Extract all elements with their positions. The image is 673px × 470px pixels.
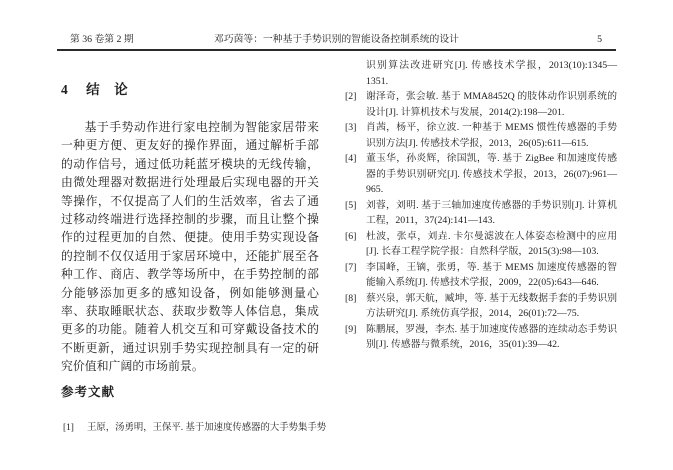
- reference-label: [4]: [345, 151, 356, 167]
- reference-label: [5]: [345, 198, 356, 214]
- references-heading: 参考文献: [61, 385, 319, 399]
- header-rule: [57, 49, 616, 51]
- reference-label: [6]: [345, 229, 356, 245]
- reference-item-3: [3] 肖茜，杨平，徐立波. 一种基于 MEMS 惯性传感器的手势识别方法[J]…: [345, 120, 617, 151]
- reference-text: 陈鹏展，罗漫，李杰. 基于加速度传感器的连续动态手势识别[J]. 传感器与微系统…: [366, 324, 617, 351]
- reference-label: [7]: [345, 260, 356, 276]
- reference-text: 蔡兴泉，郭天航，臧坤，等. 基于无线数据手套的手势识别方法研究[J]. 系统仿真…: [366, 293, 617, 320]
- reference-1-continuation: 识别算法改进研究[J]. 传感技术学报，2013(10):1345—1351.: [345, 58, 617, 89]
- reference-text: 李国峰，王镝，张勇，等. 基于 MEMS 加速度传感器的智能输入系统[J]. 传…: [366, 262, 617, 289]
- reference-item-1: [1] 王原，汤勇明，王保平. 基于加速度传感器的大手势集手势: [61, 422, 319, 435]
- paper-page: 第 36 卷第 2 期 邓巧茵等：一种基于手势识别的智能设备控制系统的设计 5 …: [0, 0, 673, 470]
- reference-item-8: [8] 蔡兴泉，郭天航，臧坤，等. 基于无线数据手套的手势识别方法研究[J]. …: [345, 291, 617, 322]
- reference-item-2: [2] 谢泽奇，张会敏. 基于 MMA8452Q 的肢体动作识别系统的设计[J]…: [345, 89, 617, 120]
- reference-label: [3]: [345, 120, 356, 136]
- reference-label: [8]: [345, 291, 356, 307]
- reference-label: [9]: [345, 322, 356, 338]
- reference-text: 王原，汤勇明，王保平. 基于加速度传感器的大手势集手势: [87, 423, 326, 433]
- reference-item-7: [7] 李国峰，王镝，张勇，等. 基于 MEMS 加速度传感器的智能输入系统[J…: [345, 260, 617, 291]
- conclusion-paragraph: 基于手势动作进行家电控制为智能家居带来一种更方便、更友好的操作界面，通过解析手部…: [61, 118, 319, 376]
- reference-label: [1]: [63, 422, 74, 435]
- reference-text: 肖茜，杨平，徐立波. 一种基于 MEMS 惯性传感器的手势识别方法[J]. 传感…: [366, 122, 617, 149]
- reference-label: [2]: [345, 89, 356, 105]
- reference-text: 谢泽奇，张会敏. 基于 MMA8452Q 的肢体动作识别系统的设计[J]. 计算…: [366, 91, 617, 118]
- reference-text: 刘蓉，刘明. 基于三轴加速度传感器的手势识别[J]. 计算机工程，2011，37…: [366, 200, 617, 227]
- section-number: 4: [61, 82, 68, 97]
- page-number: 5: [597, 32, 602, 47]
- reference-text: 杜波，张卓，刘垚. 卡尔曼滤波在人体姿态检测中的应用[J]. 长春工程学院学报：…: [366, 231, 617, 258]
- running-header: 第 36 卷第 2 期 邓巧茵等：一种基于手势识别的智能设备控制系统的设计 5: [57, 32, 616, 47]
- reference-item-6: [6] 杜波，张卓，刘垚. 卡尔曼滤波在人体姿态检测中的应用[J]. 长春工程学…: [345, 229, 617, 260]
- section-heading: 4 结 论: [61, 82, 319, 98]
- reference-item-4: [4] 董玉华，孙炎辉，徐国凯，等. 基于 ZigBee 和加速度传感器的手势识…: [345, 151, 617, 198]
- reference-text: 董玉华，孙炎辉，徐国凯，等. 基于 ZigBee 和加速度传感器的手势识别研究[…: [366, 153, 617, 195]
- left-column: 4 结 论 基于手势动作进行家电控制为智能家居带来一种更方便、更友好的操作界面，…: [61, 82, 319, 435]
- reference-item-5: [5] 刘蓉，刘明. 基于三轴加速度传感器的手势识别[J]. 计算机工程，201…: [345, 198, 617, 229]
- right-column: 识别算法改进研究[J]. 传感技术学报，2013(10):1345—1351. …: [345, 58, 617, 353]
- section-title: 结 论: [86, 82, 128, 97]
- running-title: 邓巧茵等：一种基于手势识别的智能设备控制系统的设计: [57, 32, 616, 47]
- reference-item-9: [9] 陈鹏展，罗漫，李杰. 基于加速度传感器的连续动态手势识别[J]. 传感器…: [345, 322, 617, 353]
